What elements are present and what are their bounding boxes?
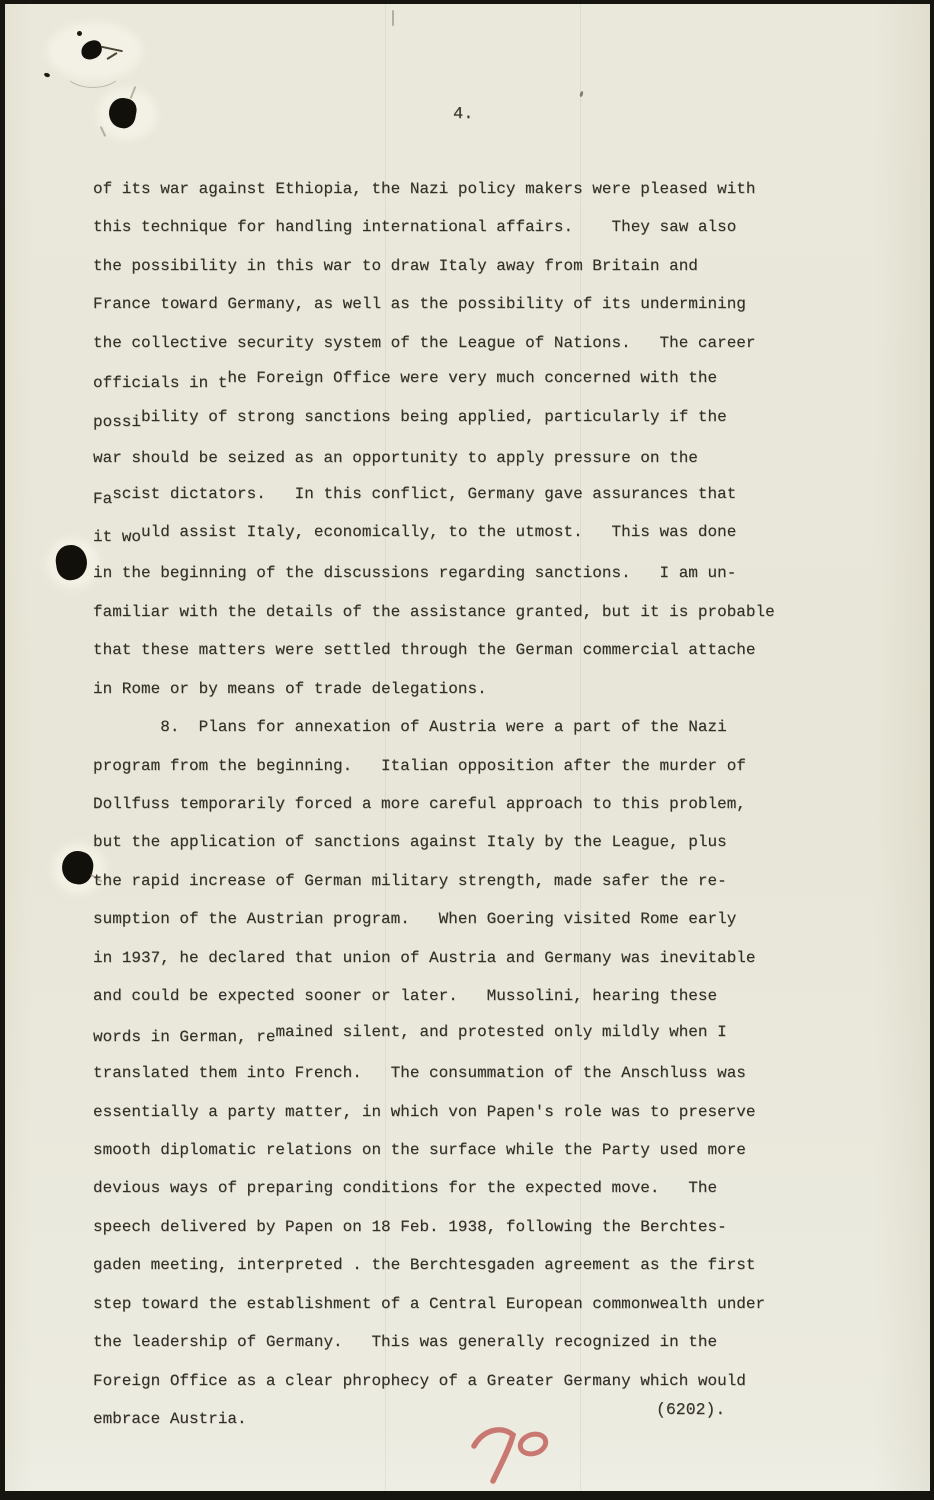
text-segment: war should be seized as an opportunity t…: [93, 449, 698, 467]
document-line: that these matters were settled through …: [93, 631, 893, 669]
text-segment: the leadership of Germany. This was gene…: [93, 1333, 717, 1351]
text-segment: of its war against Ethiopia, the Nazi po…: [93, 180, 756, 198]
text-segment: this technique for handling internationa…: [93, 218, 736, 236]
handwritten-70-drawing: [457, 1418, 567, 1490]
text-segment: Fa: [93, 490, 112, 508]
document-lines: of its war against Ethiopia, the Nazi po…: [93, 170, 893, 1438]
paper-speck: [392, 10, 394, 26]
text-segment: Foreign Office as a clear phrophecy of a…: [93, 1372, 746, 1390]
text-segment: essentially a party matter, in which von…: [93, 1103, 756, 1121]
text-segment: program from the beginning. Italian oppo…: [93, 757, 746, 775]
text-segment: step toward the establishment of a Centr…: [93, 1295, 765, 1313]
text-segment: sumption of the Austrian program. When G…: [93, 910, 736, 928]
document-line: in Rome or by means of trade delegations…: [93, 670, 893, 708]
document-line: the possibility in this war to draw Ital…: [93, 247, 893, 285]
document-line: possibility of strong sanctions being ap…: [93, 401, 893, 439]
archive-stamp-number: (6202).: [656, 1400, 725, 1419]
text-segment: 8. Plans for annexation of Austria were …: [93, 718, 727, 736]
text-segment: and could be expected sooner or later. M…: [93, 987, 717, 1005]
pen-scratch-arc: [63, 52, 123, 88]
document-line: Foreign Office as a clear phrophecy of a…: [93, 1362, 893, 1400]
paper-speck: [77, 31, 82, 36]
text-segment: officials in t: [93, 374, 227, 392]
text-segment: words in German, re: [93, 1028, 275, 1046]
document-line: France toward Germany, as well as the po…: [93, 285, 893, 323]
document-line: words in German, remained silent, and pr…: [93, 1016, 893, 1054]
document-line: smooth diplomatic relations on the surfa…: [93, 1131, 893, 1169]
document-line: and could be expected sooner or later. M…: [93, 977, 893, 1015]
document-line: the leadership of Germany. This was gene…: [93, 1323, 893, 1361]
document-line: program from the beginning. Italian oppo…: [93, 747, 893, 785]
text-segment: gaden meeting, interpreted . the Berchte…: [93, 1256, 756, 1274]
document-line: Fascist dictators. In this conflict, Ger…: [93, 478, 893, 516]
text-segment: embrace Austria.: [93, 1410, 247, 1428]
text-segment: possi: [93, 413, 141, 431]
text-segment: but the application of sanctions against…: [93, 833, 727, 851]
page-number: 4.: [453, 105, 473, 124]
text-segment: scist dictators. In this conflict, Germa…: [112, 485, 736, 503]
text-segment: speech delivered by Papen on 18 Feb. 193…: [93, 1218, 727, 1236]
paper-speck: [43, 72, 50, 78]
text-segment: the collective security system of the Le…: [93, 334, 756, 352]
document-line: gaden meeting, interpreted . the Berchte…: [93, 1246, 893, 1284]
text-segment: familiar with the details of the assista…: [93, 603, 775, 621]
document-line: this technique for handling internationa…: [93, 208, 893, 246]
scanned-document-screenshot: 4. of its war against Ethiopia, the Nazi…: [0, 0, 934, 1500]
document-line: familiar with the details of the assista…: [93, 593, 893, 631]
document-line: sumption of the Austrian program. When G…: [93, 900, 893, 938]
document-line: the collective security system of the Le…: [93, 324, 893, 362]
paper-speck: [579, 91, 583, 98]
text-segment: it wo: [93, 528, 141, 546]
document-line: in 1937, he declared that union of Austr…: [93, 939, 893, 977]
document-line: devious ways of preparing conditions for…: [93, 1169, 893, 1207]
document-line: officials in the Foreign Office were ver…: [93, 362, 893, 400]
document-line: translated them into French. The consumm…: [93, 1054, 893, 1092]
text-segment: smooth diplomatic relations on the surfa…: [93, 1141, 746, 1159]
text-segment: bility of strong sanctions being applied…: [141, 408, 727, 426]
document-line: war should be seized as an opportunity t…: [93, 439, 893, 477]
document-line: in the beginning of the discussions rega…: [93, 554, 893, 592]
text-segment: devious ways of preparing conditions for…: [93, 1179, 717, 1197]
document-line: step toward the establishment of a Centr…: [93, 1285, 893, 1323]
text-segment: in 1937, he declared that union of Austr…: [93, 949, 756, 967]
text-segment: in the beginning of the discussions rega…: [93, 564, 736, 582]
text-segment: translated them into French. The consumm…: [93, 1064, 746, 1082]
handwritten-70-mark: [457, 1418, 567, 1490]
document-line: it would assist Italy, economically, to …: [93, 516, 893, 554]
document-line: 8. Plans for annexation of Austria were …: [93, 708, 893, 746]
text-segment: France toward Germany, as well as the po…: [93, 295, 746, 313]
text-segment: the rapid increase of German military st…: [93, 872, 727, 890]
text-segment: the possibility in this war to draw Ital…: [93, 257, 698, 275]
document-line: essentially a party matter, in which von…: [93, 1093, 893, 1131]
paper-sheet: 4. of its war against Ethiopia, the Nazi…: [5, 4, 930, 1491]
document-line: but the application of sanctions against…: [93, 823, 893, 861]
text-segment: in Rome or by means of trade delegations…: [93, 680, 487, 698]
text-segment: he Foreign Office were very much concern…: [227, 369, 717, 387]
document-line: speech delivered by Papen on 18 Feb. 193…: [93, 1208, 893, 1246]
text-segment: Dollfuss temporarily forced a more caref…: [93, 795, 746, 813]
document-line: the rapid increase of German military st…: [93, 862, 893, 900]
text-segment: that these matters were settled through …: [93, 641, 756, 659]
text-segment: mained silent, and protested only mildly…: [275, 1023, 726, 1041]
document-line: Dollfuss temporarily forced a more caref…: [93, 785, 893, 823]
text-segment: uld assist Italy, economically, to the u…: [141, 523, 736, 541]
document-line: of its war against Ethiopia, the Nazi po…: [93, 170, 893, 208]
